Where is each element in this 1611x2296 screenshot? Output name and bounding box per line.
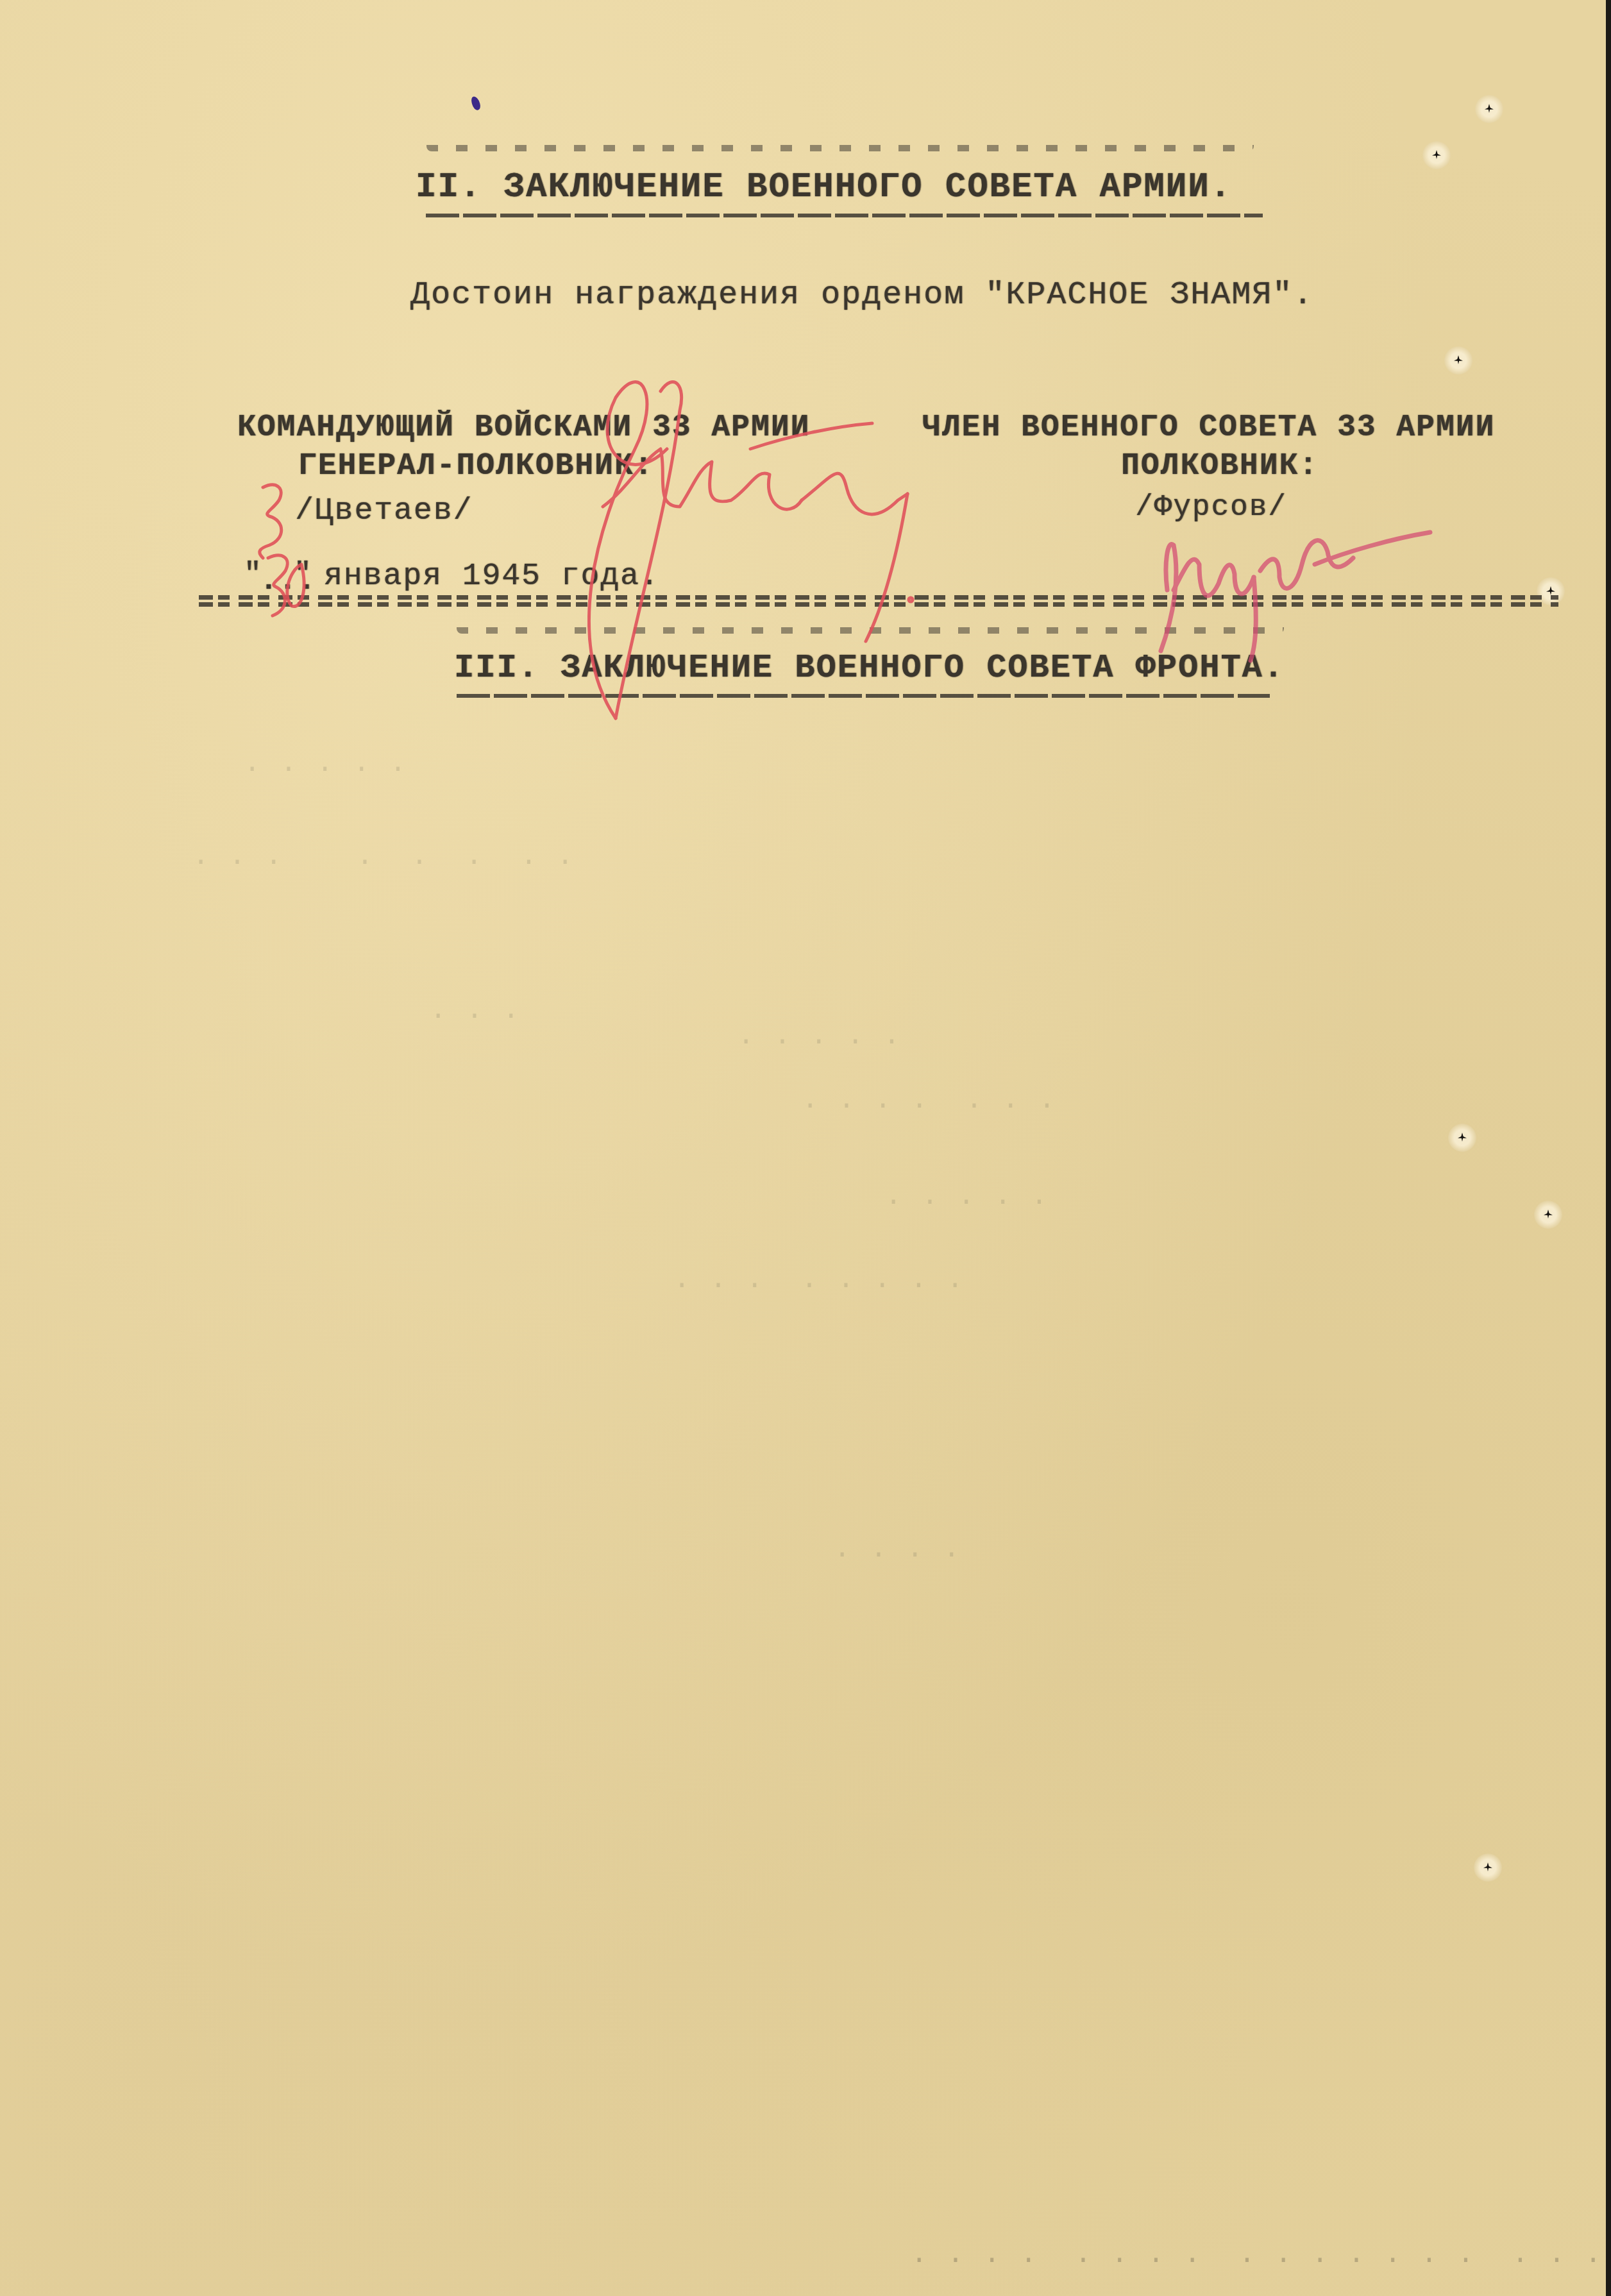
punch-hole-icon xyxy=(1474,1853,1502,1882)
signature-tsvetaev xyxy=(0,0,1611,770)
bleed-through: · · · · xyxy=(834,1539,961,1571)
bleed-through: · · · · · xyxy=(738,1026,902,1058)
bleed-through: · · · · · xyxy=(885,1186,1049,1219)
bleed-through: · · · xyxy=(430,1000,521,1033)
punch-hole-icon xyxy=(1448,1124,1476,1152)
bleed-through: · · · · · · · xyxy=(802,1090,1057,1122)
bleed-through: · · · · · · · · xyxy=(192,847,575,879)
bleed-through: · · · · · · · · xyxy=(673,1270,965,1302)
bleed-through: · · · · · · · · · · · · · · · · · · xyxy=(911,2245,1603,2277)
punch-hole-icon xyxy=(1534,1201,1562,1229)
